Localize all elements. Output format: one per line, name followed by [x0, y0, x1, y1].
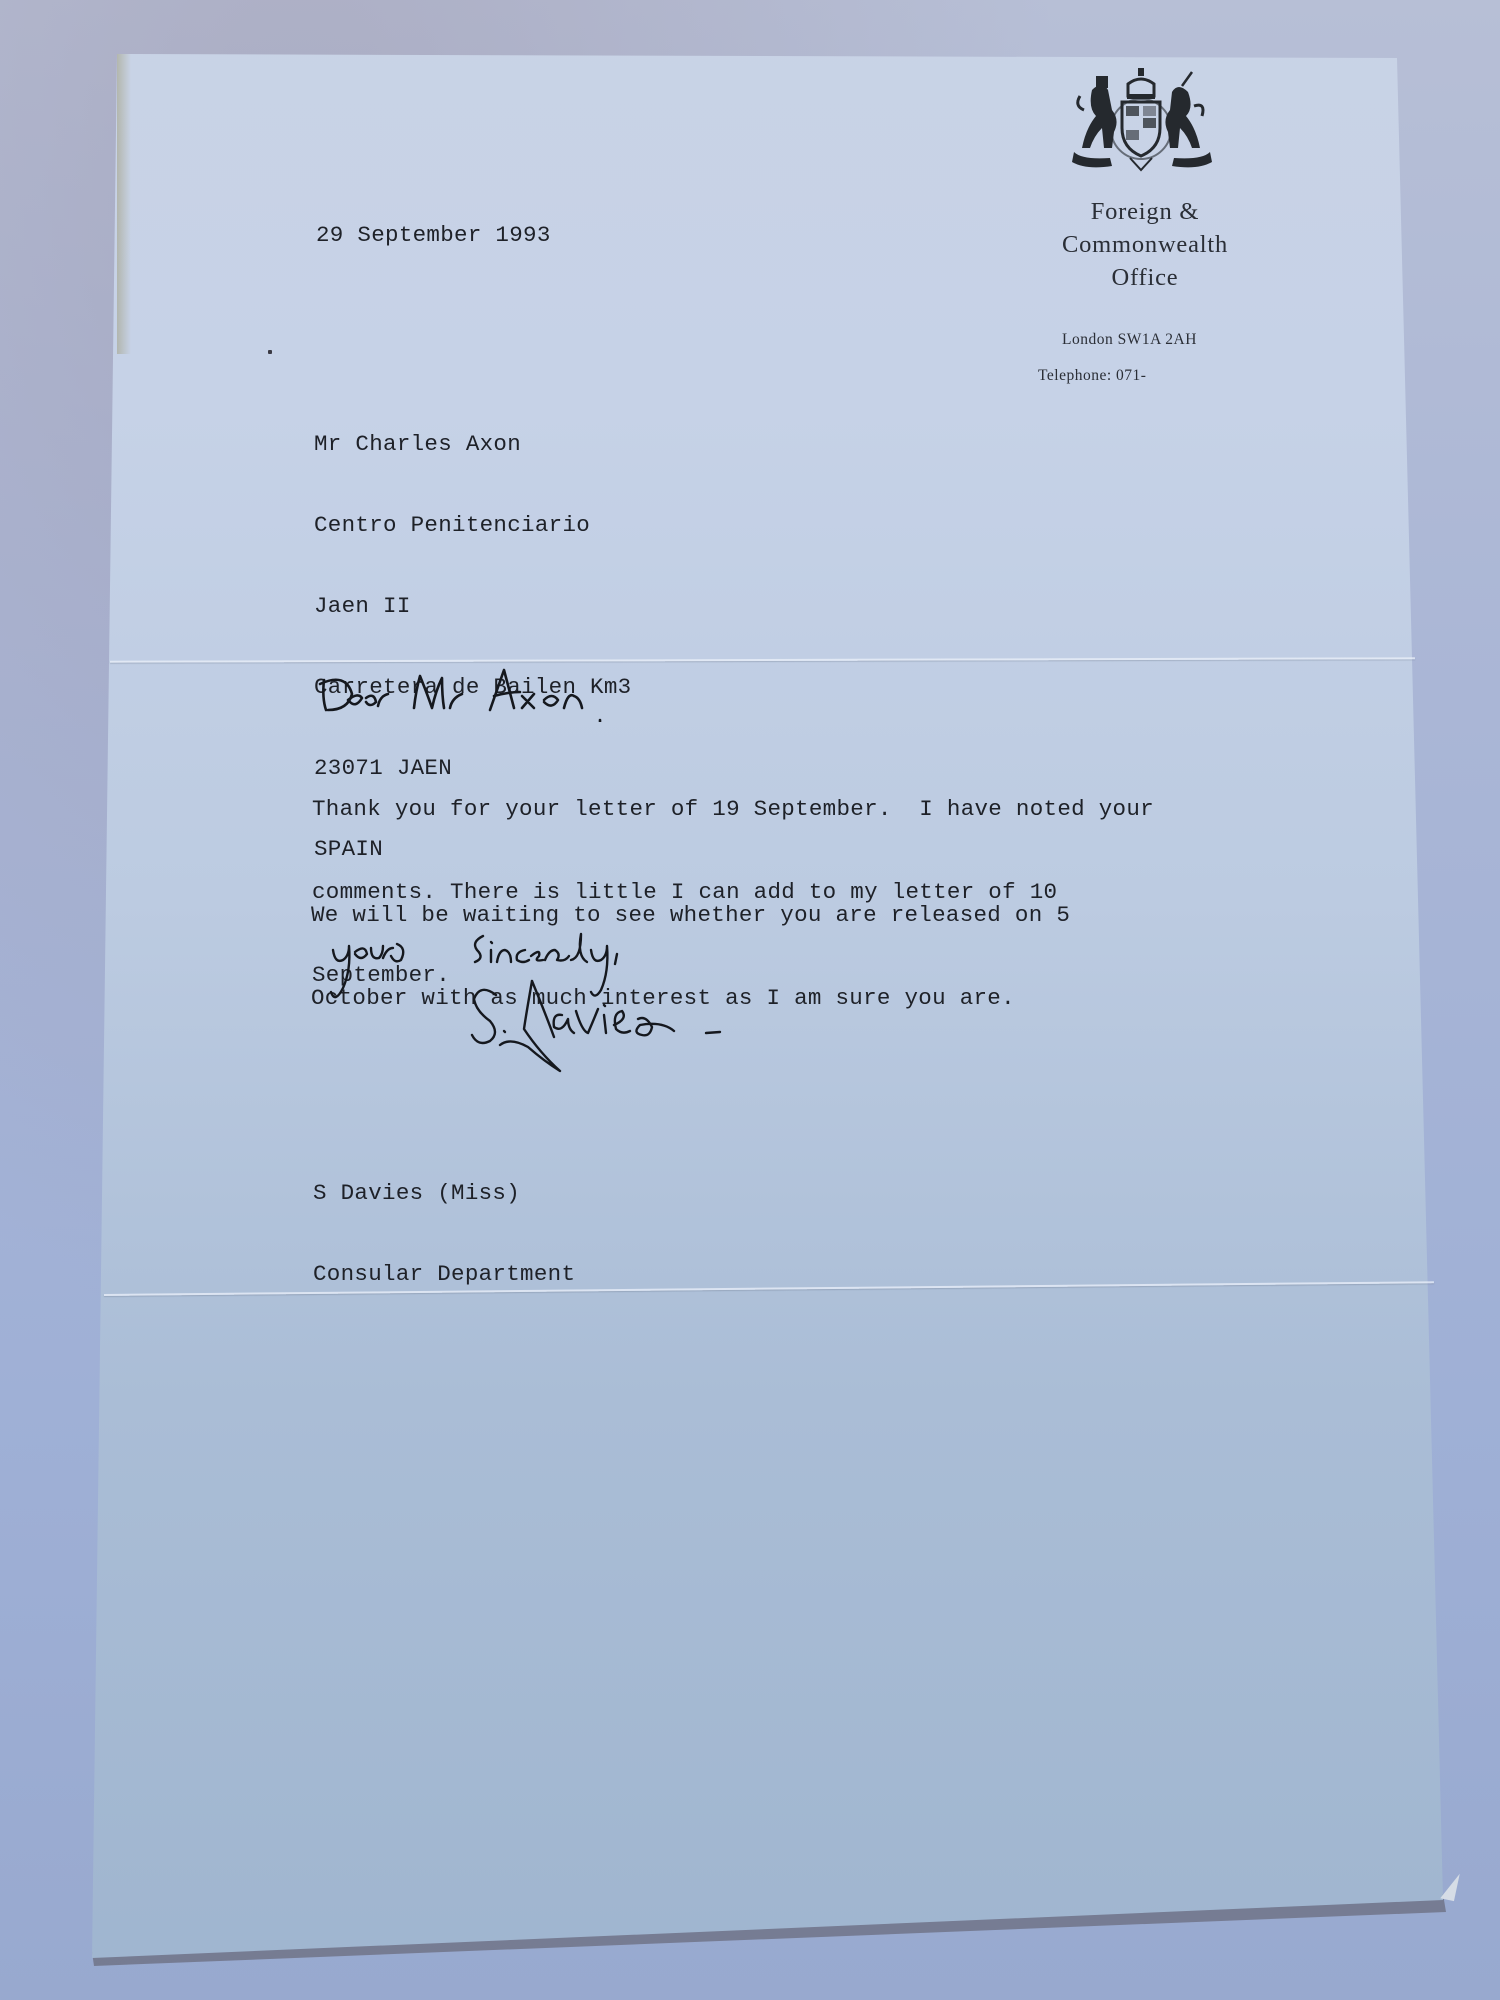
- signatory-block: S Davies (Miss) Consular Department: [313, 1126, 575, 1315]
- letterhead-telephone: Telephone: 071-: [1038, 367, 1146, 385]
- address-line: Jaen II: [314, 593, 631, 620]
- address-line: Mr Charles Axon: [314, 431, 631, 458]
- handwritten-signature: [470, 975, 790, 1085]
- address-line: Centro Penitenciario: [314, 512, 631, 539]
- ink-speck: [268, 350, 272, 354]
- signatory-department: Consular Department: [313, 1261, 575, 1288]
- body-line: Thank you for your letter of 19 Septembe…: [312, 796, 1154, 825]
- paper-edge-stain: [117, 54, 131, 354]
- letterhead-organisation: Foreign & Commonwealth Office: [1020, 195, 1270, 294]
- letterhead-address: London SW1A 2AH: [1062, 331, 1197, 349]
- signatory-name: S Davies (Miss): [313, 1180, 575, 1207]
- letter-date: 29 September 1993: [316, 222, 551, 249]
- org-name-line-3: Office: [1020, 261, 1270, 294]
- org-name-line-1: Foreign &: [1020, 195, 1270, 228]
- handwritten-salutation: [318, 662, 718, 722]
- org-name-line-2: Commonwealth: [1020, 228, 1270, 261]
- royal-coat-of-arms-icon: [1072, 66, 1212, 174]
- body-line: We will be waiting to see whether you ar…: [311, 902, 1070, 931]
